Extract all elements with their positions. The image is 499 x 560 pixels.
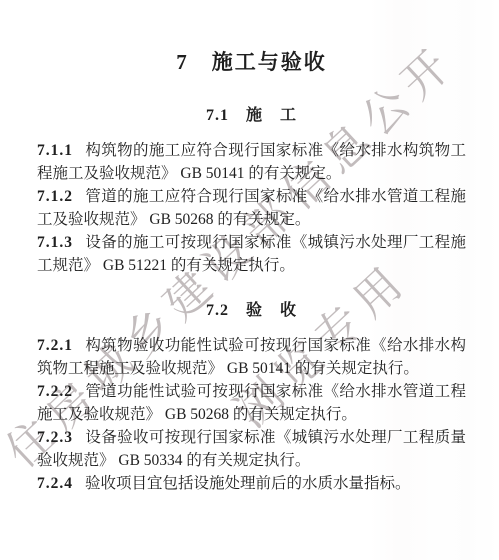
document-page: 住房城乡建设部信息公开 浏览专用 7 施工与验收 7.1 施 工 7.1.1构筑… (0, 0, 499, 560)
clause-number: 7.2.2 (37, 383, 73, 400)
clause-text: 构筑物的施工应符合现行国家标准《给水排水构筑物工程施工及验收规范》 GB 501… (37, 142, 466, 182)
clause-7-2-3: 7.2.3设备验收可按现行国家标准《城镇污水处理厂工程质量验收规范》 GB 50… (37, 426, 466, 472)
clause-number: 7.1.3 (37, 234, 73, 251)
section-heading-7-2: 7.2 验 收 (37, 277, 466, 334)
clause-7-2-1: 7.2.1构筑物验收功能性试验可按现行国家标准《给水排水构筑物工程施工及验收规范… (37, 334, 466, 380)
clause-number: 7.1.1 (37, 142, 73, 159)
clause-7-1-3: 7.1.3设备的施工可按现行国家标准《城镇污水处理厂工程施工规范》 GB 512… (37, 231, 466, 277)
clause-text: 设备验收可按现行国家标准《城镇污水处理厂工程质量验收规范》 GB 50334 的… (37, 429, 466, 469)
clause-text: 管道的施工应符合现行国家标准《给水排水管道工程施工及验收规范》 GB 50268… (37, 188, 466, 228)
clause-number: 7.2.3 (37, 429, 73, 446)
clause-7-1-1: 7.1.1构筑物的施工应符合现行国家标准《给水排水构筑物工程施工及验收规范》 G… (37, 139, 466, 185)
page-content: 7 施工与验收 7.1 施 工 7.1.1构筑物的施工应符合现行国家标准《给水排… (37, 46, 466, 495)
clause-text: 设备的施工可按现行国家标准《城镇污水处理厂工程施工规范》 GB 51221 的有… (37, 234, 466, 274)
clause-7-2-2: 7.2.2管道功能性试验可按现行国家标准《给水排水管道工程施工及验收规范》 GB… (37, 380, 466, 426)
clause-7-1-2: 7.1.2管道的施工应符合现行国家标准《给水排水管道工程施工及验收规范》 GB … (37, 185, 466, 231)
clause-text: 构筑物验收功能性试验可按现行国家标准《给水排水构筑物工程施工及验收规范》 GB … (37, 337, 466, 377)
clause-7-2-4: 7.2.4验收项目宜包括设施处理前后的水质水量指标。 (37, 472, 466, 495)
chapter-title: 7 施工与验收 (37, 46, 466, 76)
clause-number: 7.1.2 (37, 188, 73, 205)
clause-number: 7.2.1 (37, 337, 73, 354)
clause-text: 验收项目宜包括设施处理前后的水质水量指标。 (85, 475, 411, 492)
section-heading-7-1: 7.1 施 工 (37, 82, 466, 139)
clause-number: 7.2.4 (37, 475, 73, 492)
clause-text: 管道功能性试验可按现行国家标准《给水排水管道工程施工及验收规范》 GB 5026… (37, 383, 466, 423)
